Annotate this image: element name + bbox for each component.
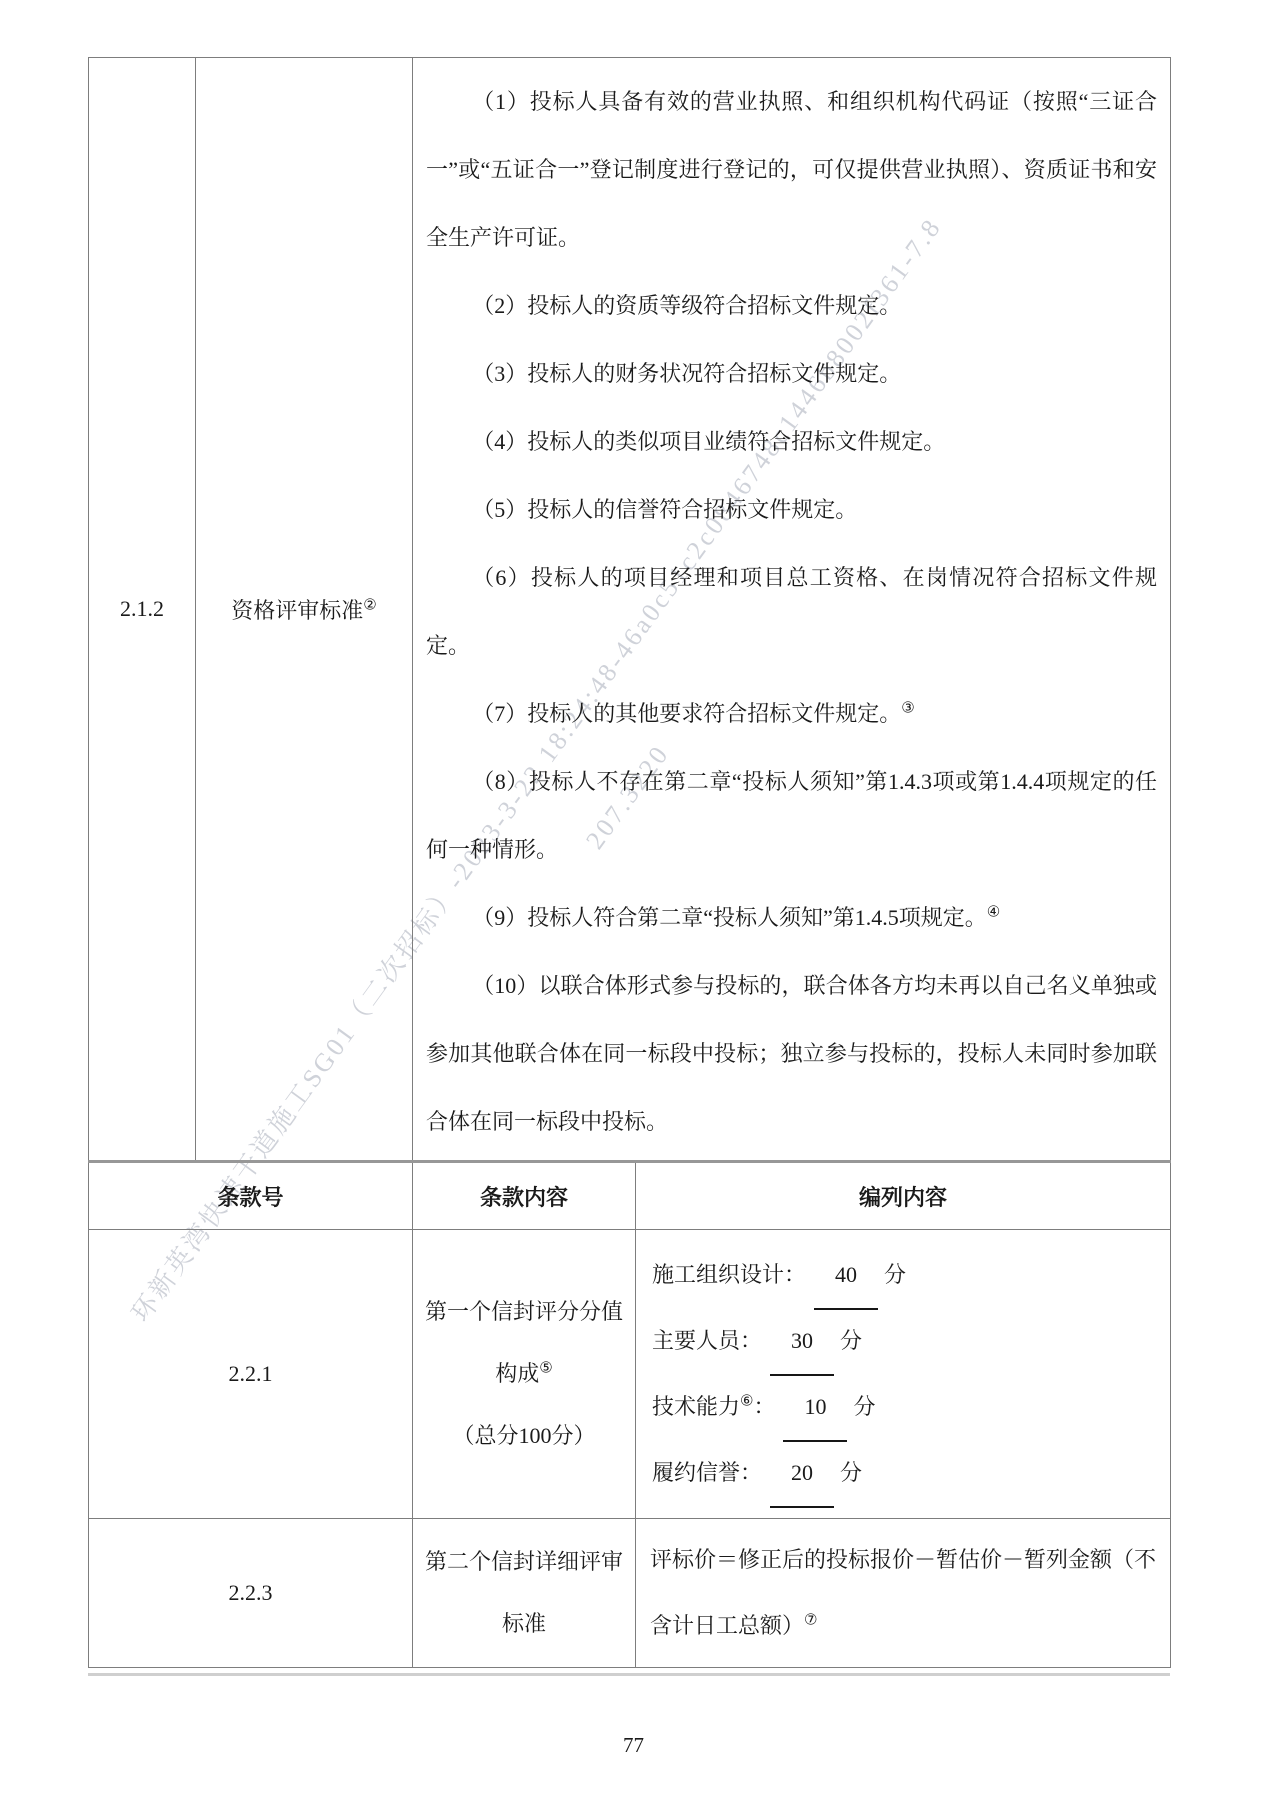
clause-content-line: 标准 [417,1593,631,1655]
clause-title-cell: 资格评审标准② [196,58,413,1162]
score-row-clause-content: 第一个信封评分分值构成⑤（总分100分） [413,1230,636,1519]
header-arranged-content: 编列内容 [636,1162,1171,1230]
page-number: 77 [0,1733,1267,1758]
score-line: 主要人员：30分 [652,1308,1154,1374]
qualification-item: （4）投标人的类似项目业绩符合招标文件规定。 [426,408,1157,476]
qualification-item: （3）投标人的财务状况符合招标文件规定。 [426,340,1157,408]
score-line: 履约信誉：20分 [652,1440,1154,1506]
detail-row-clause-content: 第二个信封详细评审标准 [413,1519,636,1668]
header-clause-content: 条款内容 [413,1162,636,1230]
score-value: 40 [814,1242,878,1310]
clause-number-2-2-1: 2.2.1 [89,1230,413,1519]
detail-row: 2.2.3 第二个信封详细评审标准 评标价＝修正后的投标报价－暂估价－暂列金额（… [89,1519,1171,1668]
score-value: 10 [783,1374,847,1442]
qualification-item: （6）投标人的项目经理和项目总工资格、在岗情况符合招标文件规定。 [426,544,1157,680]
qualification-item: （2）投标人的资质等级符合招标文件规定。 [426,272,1157,340]
qualification-item: （7）投标人的其他要求符合招标文件规定。③ [426,680,1157,748]
footnote-ref: ⑥ [740,1392,753,1410]
clause-title-text: 资格评审标准 [231,598,363,623]
header-clause-no: 条款号 [89,1162,413,1230]
score-row-scores: 施工组织设计：40分主要人员：30分技术能力⑥：10分履约信誉：20分 [636,1230,1171,1519]
score-line: 技术能力⑥：10分 [652,1374,1154,1440]
clause-number-2-2-3: 2.2.3 [89,1519,413,1668]
qualification-item: （1）投标人具备有效的营业执照、和组织机构代码证（按照“三证合一”或“五证合一”… [426,68,1157,272]
clauses-table: 2.1.2 资格评审标准② （1）投标人具备有效的营业执照、和组织机构代码证（按… [88,57,1171,1668]
qualification-item: （8）投标人不存在第二章“投标人须知”第1.4.3项或第1.4.4项规定的任何一… [426,748,1157,884]
score-row: 2.2.1 第一个信封评分分值构成⑤（总分100分） 施工组织设计：40分主要人… [89,1230,1171,1519]
score-line: 施工组织设计：40分 [652,1242,1154,1308]
qualification-item: （5）投标人的信誉符合招标文件规定。 [426,476,1157,544]
footnote-ref: ⑤ [539,1359,552,1377]
clause-content-line: 第一个信封评分分值 [417,1281,631,1343]
footnote-ref: ④ [987,903,1000,921]
qualification-items: （1）投标人具备有效的营业执照、和组织机构代码证（按照“三证合一”或“五证合一”… [413,58,1171,1162]
qualification-row: 2.1.2 资格评审标准② （1）投标人具备有效的营业执照、和组织机构代码证（按… [89,58,1171,1162]
table-bottom-rule [88,1673,1170,1676]
footnote-ref: ③ [901,699,914,717]
footnote-ref-2: ② [363,595,376,613]
document-table-wrapper: 2.1.2 资格评审标准② （1）投标人具备有效的营业执照、和组织机构代码证（按… [88,57,1170,1676]
footnote-ref-7: ⑦ [804,1611,817,1629]
evaluation-formula: 评标价＝修正后的投标报价－暂估价－暂列金额（不含计日工总额）⑦ [650,1527,1156,1659]
clause-content-line: 构成⑤ [417,1343,631,1405]
qualification-item: （9）投标人符合第二章“投标人须知”第1.4.5项规定。④ [426,884,1157,952]
clause-content-line: （总分100分） [417,1405,631,1467]
qualification-item: （10）以联合体形式参与投标的，联合体各方均未再以自己名义单独或参加其他联合体在… [426,952,1157,1156]
clause-content-line: 第二个信封详细评审 [417,1531,631,1593]
score-value: 30 [770,1308,834,1376]
clause-number-2-1-2: 2.1.2 [89,58,196,1162]
table-header-row: 条款号 条款内容 编列内容 [89,1162,1171,1230]
score-value: 20 [770,1440,834,1508]
detail-row-formula-cell: 评标价＝修正后的投标报价－暂估价－暂列金额（不含计日工总额）⑦ [636,1519,1171,1668]
